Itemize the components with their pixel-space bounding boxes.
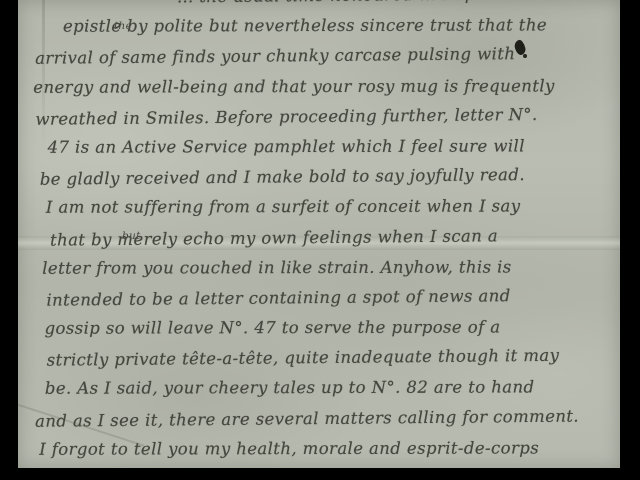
black-matte-right — [620, 0, 640, 480]
letter-line: 47 is an Active Service pamphlet which I… — [28, 131, 614, 163]
letter-line: wreathed in Smiles. Before proceeding fu… — [27, 99, 613, 135]
black-matte-left — [0, 0, 18, 480]
letter-line: gossip so will leave N°. 47 to serve the… — [29, 312, 615, 344]
letter-line: I forgot to tell you my health, morale a… — [29, 433, 615, 465]
letter-line: and as I see it, there are several matte… — [29, 401, 615, 437]
black-matte-bottom — [0, 468, 640, 480]
letter-line: I am not suffering from a surfeit of con… — [28, 192, 614, 224]
handwritten-text-block: … the usual time-honoured … I open thise… — [27, 0, 616, 466]
letter-line: strictly private tête-a-tête, quite inad… — [29, 340, 615, 376]
letter-line: be. As I said, your cheery tales up to N… — [29, 373, 615, 405]
letter-paper: … the usual time-honoured … I open thise… — [18, 0, 620, 468]
letter-line: energy and well-being and that your rosy… — [27, 71, 613, 103]
letter-line: letter from you couched in like strain. … — [28, 252, 614, 284]
letter-line: be gladly received and I make bold to sa… — [28, 159, 614, 195]
photo-frame: … the usual time-honoured … I open thise… — [0, 0, 640, 480]
superscript-insertion: but — [122, 230, 141, 242]
letter-line: that by merely echo my own feelings when… — [28, 220, 614, 256]
ink-blot-speck — [523, 54, 527, 58]
superscript-insertion: the — [114, 20, 132, 32]
letter-line: intended to be a letter containing a spo… — [28, 280, 614, 316]
